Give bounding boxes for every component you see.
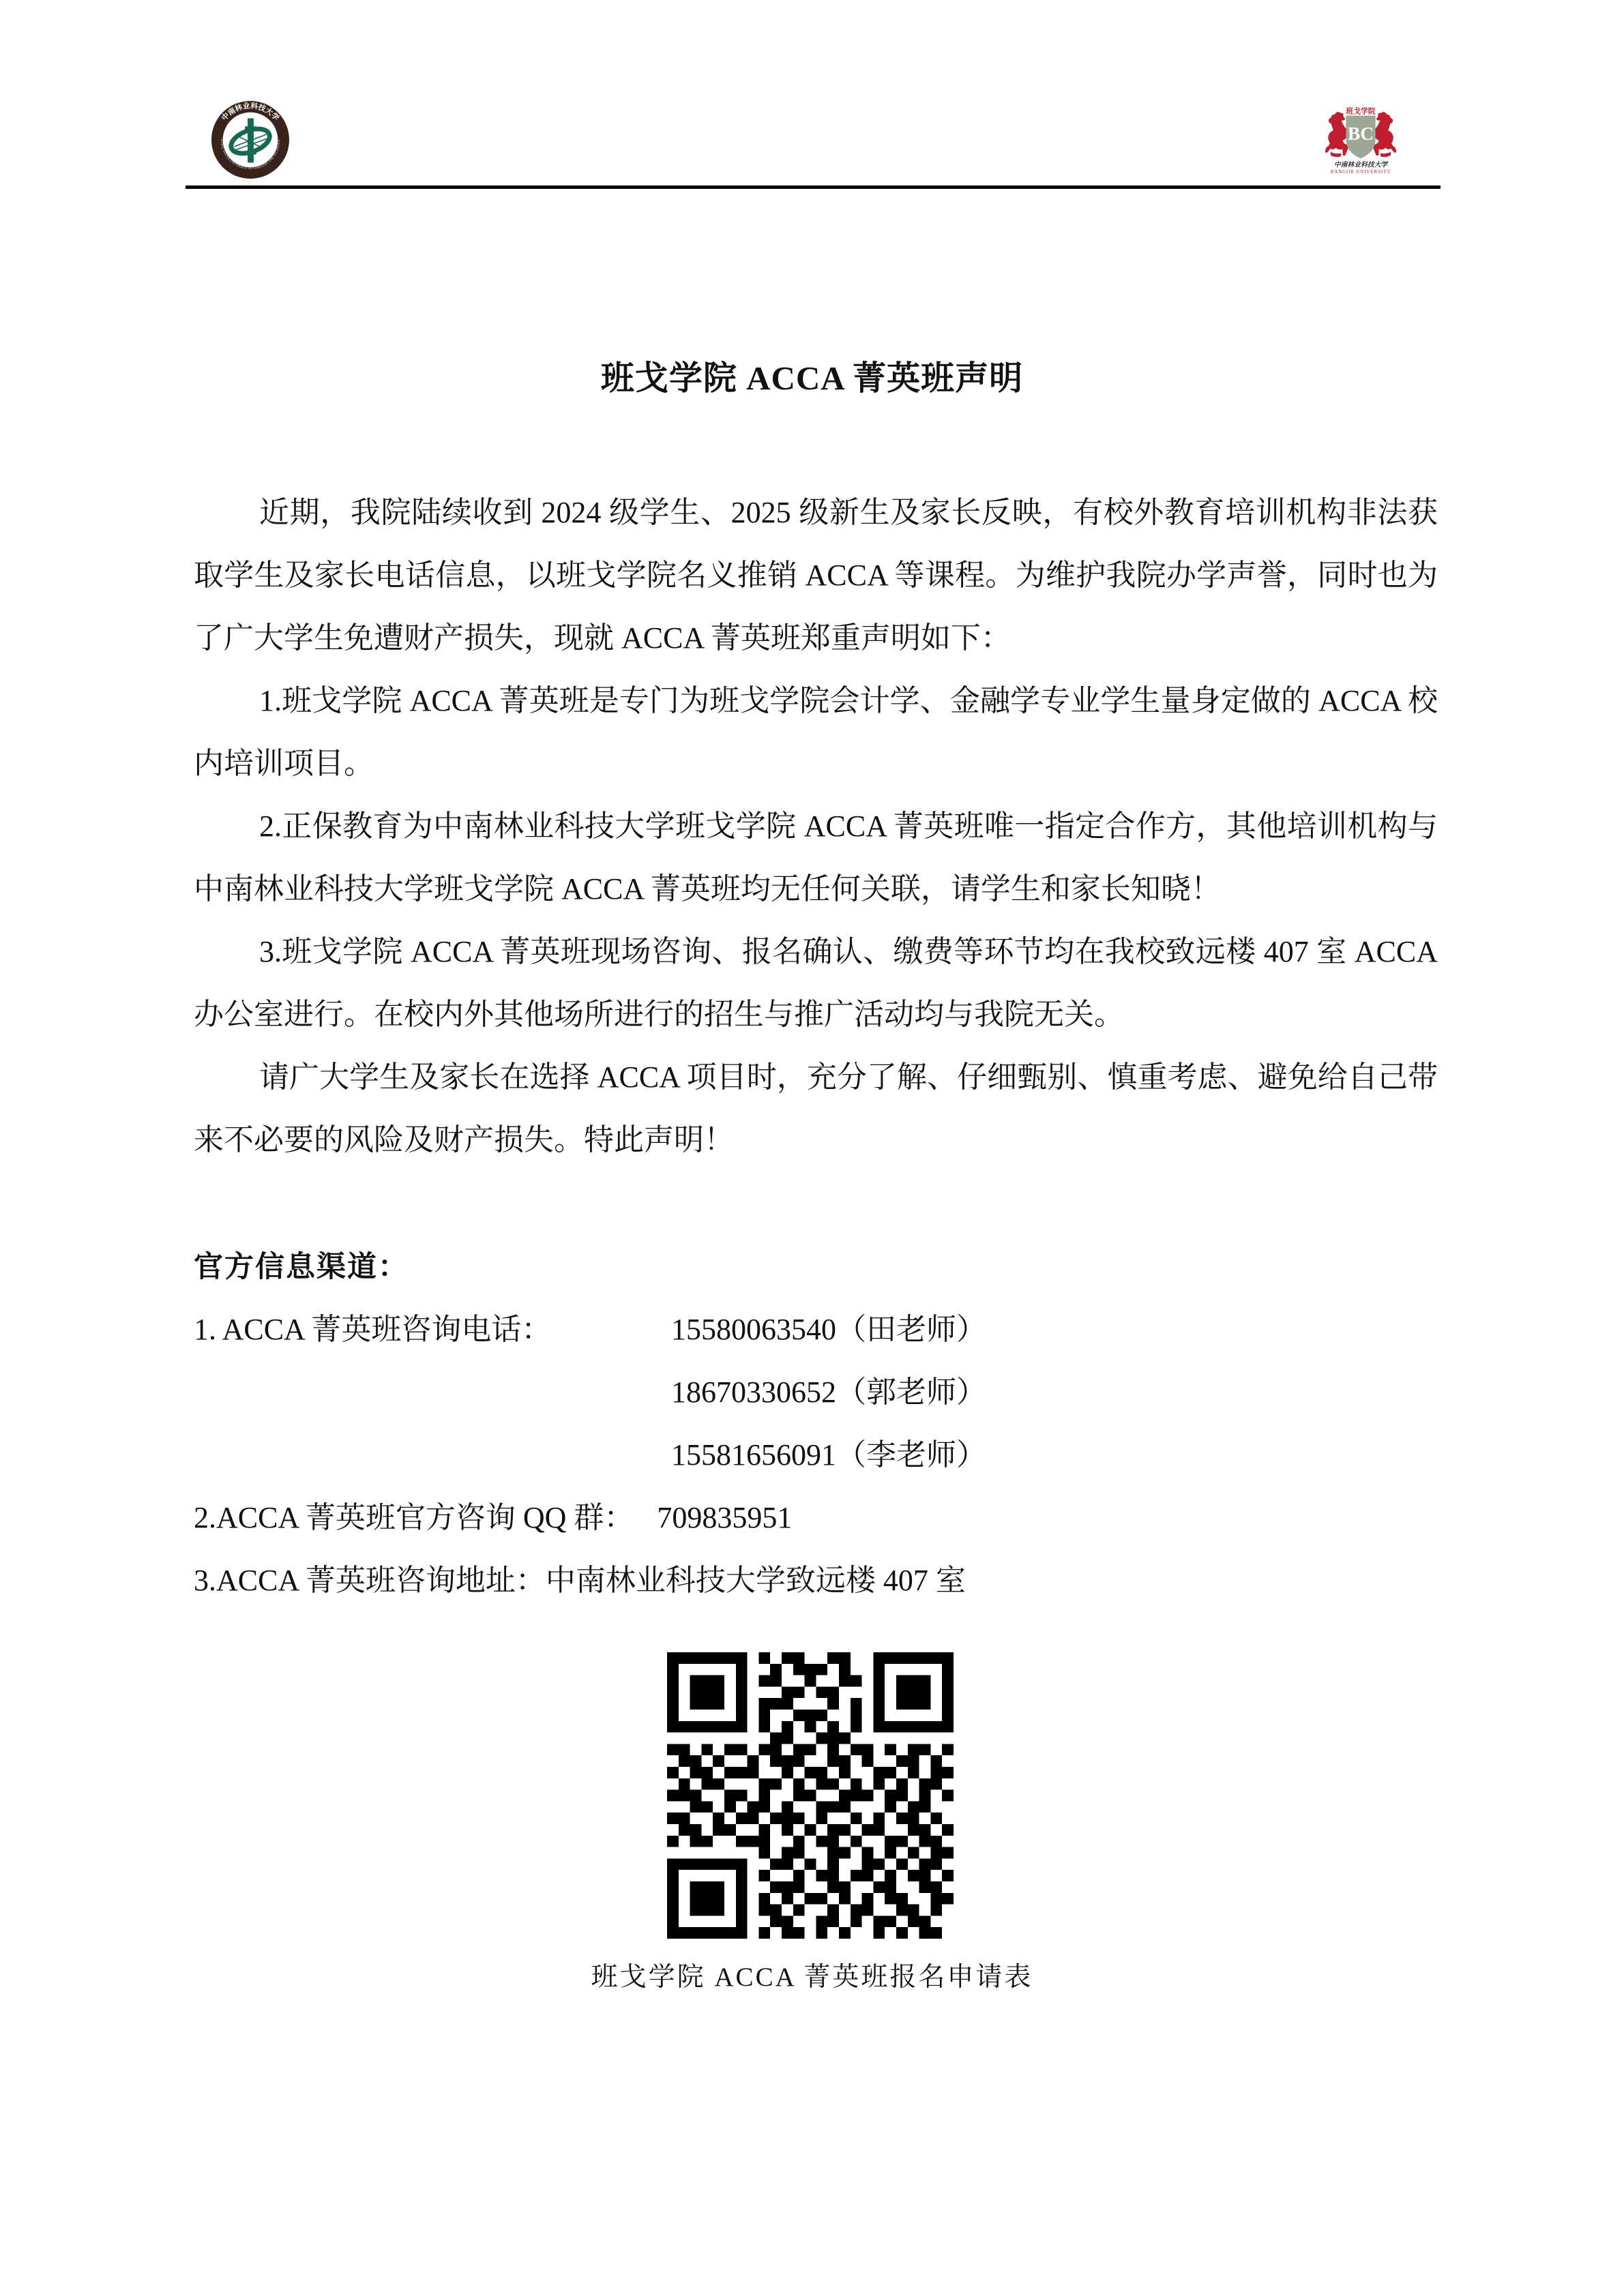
phone-value-2: 18670330652（郭老师） (671, 1375, 986, 1409)
phone-row: 18670330652（郭老师） (194, 1361, 1438, 1424)
phone-row: 15581656091（李老师） (194, 1424, 1438, 1487)
csuft-seal-icon: 中南林业科技大学 CENTRAL SOUTH UNIVERSITY OF FOR… (209, 100, 292, 180)
lion-left-icon (1325, 112, 1348, 157)
phone-row: 1. ACCA 菁英班咨询电话：15580063540（田老师） (194, 1298, 1438, 1361)
document-page: 中南林业科技大学 CENTRAL SOUTH UNIVERSITY OF FOR… (0, 0, 1624, 2296)
phone-value-1: 15580063540（田老师） (671, 1313, 986, 1346)
bangor-bottom-text: BANGOR UNIVERSITY (1331, 170, 1391, 175)
address-value: 3.ACCA 菁英班咨询地址：中南林业科技大学致远楼 407 室 (194, 1564, 966, 1597)
address-row: 3.ACCA 菁英班咨询地址：中南林业科技大学致远楼 407 室 (194, 1549, 1438, 1612)
statement-body: 近期，我院陆续收到 2024 级学生、2025 级新生及家长反映，有校外教育培训… (194, 481, 1438, 1172)
paragraph-item-1: 1.班戈学院 ACCA 菁英班是专门为班戈学院会计学、金融学专业学生量身定做的 … (194, 670, 1438, 795)
bangor-crest-top-text: 班戈学院 (1345, 106, 1375, 116)
header-divider (186, 185, 1441, 189)
official-channels: 官方信息渠道： 1. ACCA 菁英班咨询电话：15580063540（田老师）… (194, 1236, 1438, 1612)
channels-heading: 官方信息渠道： (194, 1236, 1438, 1298)
paragraph-intro: 近期，我院陆续收到 2024 级学生、2025 级新生及家长反映，有校外教育培训… (194, 481, 1438, 670)
paragraph-item-2: 2.正保教育为中南林业科技大学班戈学院 ACCA 菁英班唯一指定合作方，其他培训… (194, 795, 1438, 921)
csuft-seal-logo: 中南林业科技大学 CENTRAL SOUTH UNIVERSITY OF FOR… (209, 100, 292, 180)
qq-row: 2.ACCA 菁英班官方咨询 QQ 群：709835951 (194, 1487, 1438, 1549)
phone-label: 1. ACCA 菁英班咨询电话： (194, 1298, 671, 1361)
qq-value: 709835951 (657, 1501, 792, 1534)
qr-code (667, 1652, 954, 1939)
bangor-crest-icon: 班戈学院 BC 中南林业科技大学 BANGOR UNIVERSITY (1324, 104, 1398, 177)
bangor-shield-icon: BC (1346, 116, 1375, 159)
page-title: 班戈学院 ACCA 菁英班声明 (0, 352, 1624, 400)
bangor-crest-logo: 班戈学院 BC 中南林业科技大学 BANGOR UNIVERSITY (1324, 104, 1398, 177)
qr-caption: 班戈学院 ACCA 菁英班报名申请表 (0, 1956, 1624, 1994)
qq-label: 2.ACCA 菁英班官方咨询 QQ 群： (194, 1501, 634, 1534)
paragraph-closing: 请广大学生及家长在选择 ACCA 项目时，充分了解、仔细甄别、慎重考虑、避免给自… (194, 1046, 1438, 1172)
lion-right-icon (1373, 112, 1396, 157)
bangor-calligraphy-text: 中南林业科技大学 (1334, 160, 1389, 168)
bangor-shield-monogram: BC (1348, 123, 1374, 144)
paragraph-item-3: 3.班戈学院 ACCA 菁英班现场咨询、报名确认、缴费等环节均在我校致远楼 40… (194, 921, 1438, 1046)
phone-value-3: 15581656091（李老师） (671, 1438, 986, 1472)
